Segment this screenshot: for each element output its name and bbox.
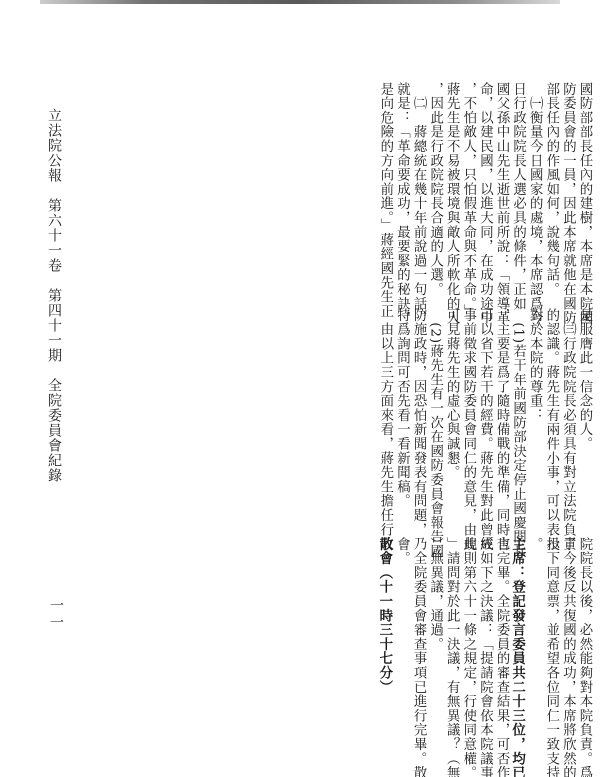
text-block-middle: 是服膺此一信念的人。 ㈢行政院院長必須具有對立法院負責 的認識。蔣先生有兩件小事… xyxy=(376,308,592,508)
chair-statement: 主席：登記發言委員共二十三位，均已發 xyxy=(509,537,526,747)
page-number: 一一 xyxy=(46,598,66,632)
text-column: 言完畢。全院委員的審查結果，可否作 xyxy=(492,537,509,747)
text-column: ）無異議，通過。 xyxy=(426,537,443,747)
text-column: 防委員會的一員，因此本席就他在國防 xyxy=(559,82,576,292)
text-column: 」請問對於此一決議，有無異議？（無 xyxy=(443,537,460,747)
text-column: 。 xyxy=(526,537,543,747)
text-column: ，不怕敵人，只怕假革命與不革命。」 xyxy=(459,82,476,292)
text-column: 蔣先生是不易被環境與敵人所軟化的人 xyxy=(443,82,460,292)
adjournment-line: 散會（十一時三十七分） xyxy=(376,537,393,747)
text-column: ㈢行政院院長必須具有對立法院負責 xyxy=(559,308,576,508)
text-column: 對於本院的尊重： xyxy=(526,308,543,508)
text-column: 的認識。蔣先生有兩件小事，可以表示 xyxy=(542,308,559,508)
running-header: 立法院公報 第六十一卷 第四十一期 全院委員會紀錄 xyxy=(44,108,64,483)
text-column: 是向危險的方向前進。」蔣經國先生正 xyxy=(376,82,393,292)
text-column: 了今後反共復國的成功，本席將欣然的 xyxy=(559,537,576,747)
text-column: ，因此是行政院院長合適的人選。 xyxy=(426,82,443,292)
text-column: 會。 xyxy=(393,537,410,747)
text-column: 規則第六十一條之規定，行使同意權。 xyxy=(459,537,476,747)
text-column: 防施政時，因恐怕新聞發表有問題，乃 xyxy=(409,308,426,508)
text-column: 由以上三方面來看，蔣先生擔任行政 xyxy=(376,308,393,508)
text-column: 可見蔣先生的虛心與誠懇。 xyxy=(443,308,460,508)
text-column: (1)若干年前國防部決定停止國慶閱兵 xyxy=(509,308,526,508)
text-column: 事前徵求國防委員會同仁的意見，由此 xyxy=(459,308,476,508)
text-column: 可以省下若干的經費。蔣先生對此曾經 xyxy=(476,308,493,508)
text-column: 命，以建民國，以進大同，在成功途中 xyxy=(476,82,493,292)
text-column: 日行政院院長人選必具的條件，正如 xyxy=(509,82,526,292)
text-block-bottom: 院院長以後，必然能夠對本院負責。爲 了今後反共復國的成功，本席將欣然的 投下同意… xyxy=(376,537,592,747)
text-column: 國防部部長任內的建樹，本席是本院國 xyxy=(575,82,592,292)
text-column: 院院長以後，必然能夠對本院負責。爲 xyxy=(575,537,592,747)
text-column: 部長任內的作風如何，說幾句話。 xyxy=(542,82,559,292)
text-column: ㈠衡量今日國家的處境，本席認爲今 xyxy=(526,82,543,292)
text-column: 是服膺此一信念的人。 xyxy=(575,308,592,508)
text-column: 投下同意票，並希望各位同仁一致支持 xyxy=(542,537,559,747)
scan-edge-artifact xyxy=(40,0,560,4)
text-column: ，主要是爲了隨時備戰的準備，同時也 xyxy=(492,308,509,508)
text-column: 特爲詢問可否先看一看新聞稿。 xyxy=(393,308,410,508)
text-block-top: 國防部部長任內的建樹，本席是本院國 防委員會的一員，因此本席就他在國防 部長任內… xyxy=(376,82,592,292)
text-column: 成如下之決議：「提請院會依本院議事 xyxy=(476,537,493,747)
text-column: 全院委員會審查事項已進行完畢。散 xyxy=(409,537,426,747)
text-column: 就是：「革命要成功，最要緊的秘訣， xyxy=(393,82,410,292)
text-column: ㈡ 蔣總統在幾十年前說過一句話， xyxy=(409,82,426,292)
text-column: 國父孫中山先生逝世前所說：「領導革 xyxy=(492,82,509,292)
text-column: (2)蔣先生有一次在國防委員會報告國 xyxy=(426,308,443,508)
